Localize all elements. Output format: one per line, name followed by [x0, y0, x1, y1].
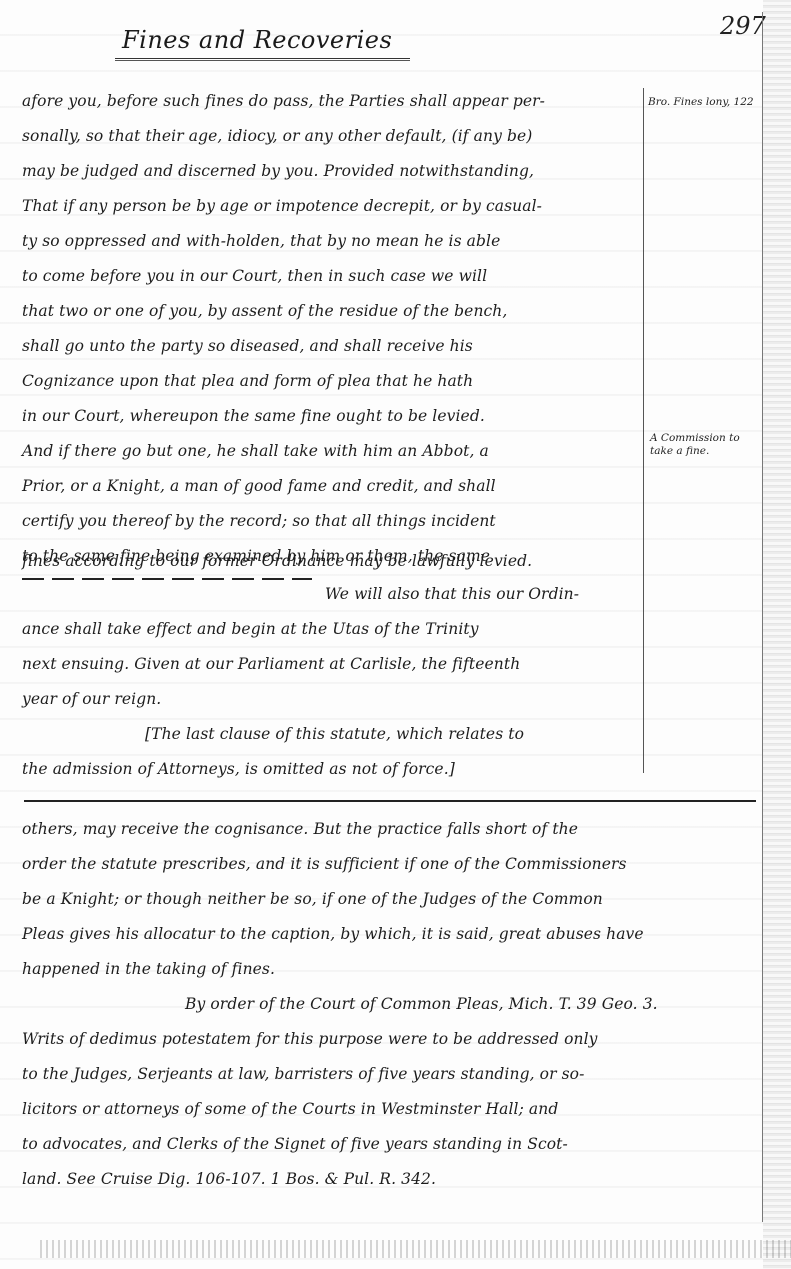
text-line: ty so oppressed and with-holden, that by… — [22, 232, 500, 250]
outer-rule — [762, 12, 763, 1222]
text-line: that two or one of you, by assent of the… — [22, 302, 507, 320]
margin-note-citation: Bro. Fines lony, 122 — [648, 96, 760, 109]
text-line: afore you, before such fines do pass, th… — [22, 92, 545, 110]
text-line: others, may receive the cognisance. But … — [22, 820, 578, 838]
text-line: be a Knight; or though neither be so, if… — [22, 890, 603, 908]
text-line: order the statute prescribes, and it is … — [22, 855, 627, 873]
text-line: [The last clause of this statute, which … — [145, 725, 524, 743]
text-line: sonally, so that their age, idiocy, or a… — [22, 127, 532, 145]
text-line: happened in the taking of fines. — [22, 960, 275, 978]
text-line: certify you thereof by the record; so th… — [22, 512, 496, 530]
text-line: shall go unto the party so diseased, and… — [22, 337, 473, 355]
text-line: year of our reign. — [22, 690, 161, 708]
title-underline — [115, 58, 410, 61]
text-line: land. See Cruise Dig. 106-107. 1 Bos. & … — [22, 1170, 436, 1188]
text-line: the admission of Attorneys, is omitted a… — [22, 760, 455, 778]
text-line: in our Court, whereupon the same fine ou… — [22, 407, 485, 425]
text-line: Writs of dedimus potestatem for this pur… — [22, 1030, 598, 1048]
page-title: Fines and Recoveries — [122, 26, 392, 54]
margin-note-commission: A Commission to take a fine. — [650, 432, 756, 458]
section-divider — [24, 800, 756, 802]
text-line: ance shall take effect and begin at the … — [22, 620, 479, 638]
text-line: We will also that this our Ordin- — [325, 585, 579, 603]
dash-separator — [22, 578, 312, 580]
text-line: Cognizance upon that plea and form of pl… — [22, 372, 473, 390]
text-line: Pleas gives his allocatur to the caption… — [22, 925, 644, 943]
text-line: By order of the Court of Common Pleas, M… — [185, 995, 658, 1013]
text-line: Prior, or a Knight, a man of good fame a… — [22, 477, 496, 495]
margin-rule — [643, 88, 644, 773]
text-line: next ensuing. Given at our Parliament at… — [22, 655, 520, 673]
text-line: licitors or attorneys of some of the Cou… — [22, 1100, 558, 1118]
text-line: fines according to our former Ordinance … — [22, 552, 532, 570]
text-line: to advocates, and Clerks of the Signet o… — [22, 1135, 568, 1153]
text-line: to the Judges, Serjeants at law, barrist… — [22, 1065, 584, 1083]
text-line: may be judged and discerned by you. Prov… — [22, 162, 534, 180]
text-line: to come before you in our Court, then in… — [22, 267, 487, 285]
scan-edge-noise — [763, 0, 791, 1269]
page-number: 297 — [720, 12, 766, 40]
text-line: And if there go but one, he shall take w… — [22, 442, 489, 460]
text-line: That if any person be by age or impotenc… — [22, 197, 542, 215]
scan-bottom-noise — [40, 1240, 791, 1258]
manuscript-page: Fines and Recoveries 297 Bro. Fines lony… — [0, 0, 791, 1269]
